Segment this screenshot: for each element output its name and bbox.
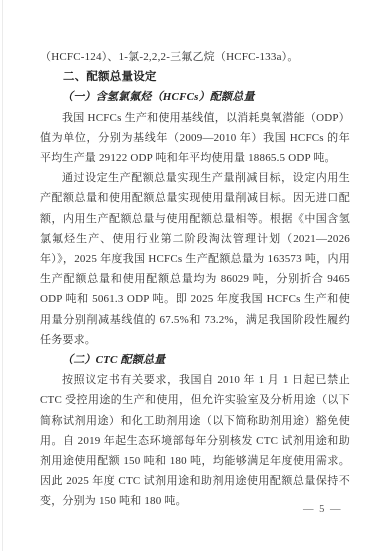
section-heading: 二、配额总量设定 <box>40 67 350 87</box>
subsection-1-heading: （一）含氢氯氟烃（HCFCs）配额总量 <box>40 87 350 107</box>
document-page: （HCFC-124）、1-氯-2,2,2-三氟乙烷（HCFC-133a）。 二、… <box>0 0 390 551</box>
paragraph-continuation: （HCFC-124）、1-氯-2,2,2-三氟乙烷（HCFC-133a）。 <box>40 47 350 67</box>
page-number: — 5 — <box>303 504 342 515</box>
subsection-1-paragraph-2: 通过设定生产配额总量实现生产量削减目标，设定内用生产配额总量和使用配额总量实现使… <box>40 168 350 350</box>
subsection-1-paragraph-1: 我国 HCFCs 生产和使用基线值，以消耗臭氧潜能（ODP）值为单位，分别为基线… <box>40 108 350 169</box>
subsection-2-paragraph-1: 按照议定书有关要求，我国自 2010 年 1 月 1 日起已禁止 CTC 受控用… <box>40 370 350 511</box>
subsection-2-heading: （二）CTC 配额总量 <box>40 350 350 370</box>
